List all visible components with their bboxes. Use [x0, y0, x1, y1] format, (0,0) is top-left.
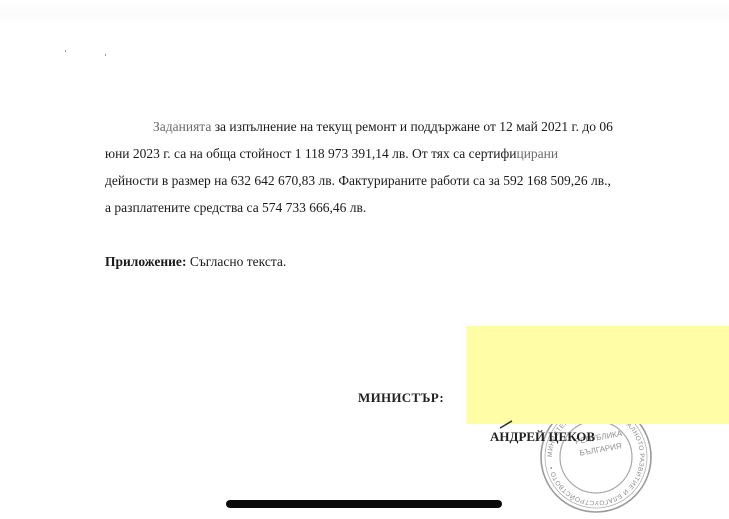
minister-name: АНДРЕЙ ЦЕКОВ: [490, 429, 595, 445]
redaction-highlight: [466, 326, 729, 424]
scan-speck: [65, 50, 66, 52]
attachment-label: Приложение: [105, 254, 182, 269]
paragraph-line: Заданията за изпълнение на текущ ремонт …: [105, 113, 665, 140]
home-indicator[interactable]: [226, 500, 502, 508]
minister-title: МИНИСТЪР:: [358, 390, 444, 406]
attachment-value: Съгласно текста.: [186, 254, 286, 269]
page-top-edge: [0, 0, 729, 24]
attachment-note: Приложение: Съгласно текста.: [105, 254, 286, 270]
body-paragraph: Заданията за изпълнение на текущ ремонт …: [105, 113, 665, 221]
paragraph-line: дейности в размер на 632 642 670,83 лв. …: [105, 167, 665, 194]
paragraph-line: а разплатените средства са 574 733 666,4…: [105, 194, 665, 221]
scan-speck: [105, 54, 106, 56]
paragraph-line: юни 2023 г. са на обща стойност 1 118 97…: [105, 140, 665, 167]
